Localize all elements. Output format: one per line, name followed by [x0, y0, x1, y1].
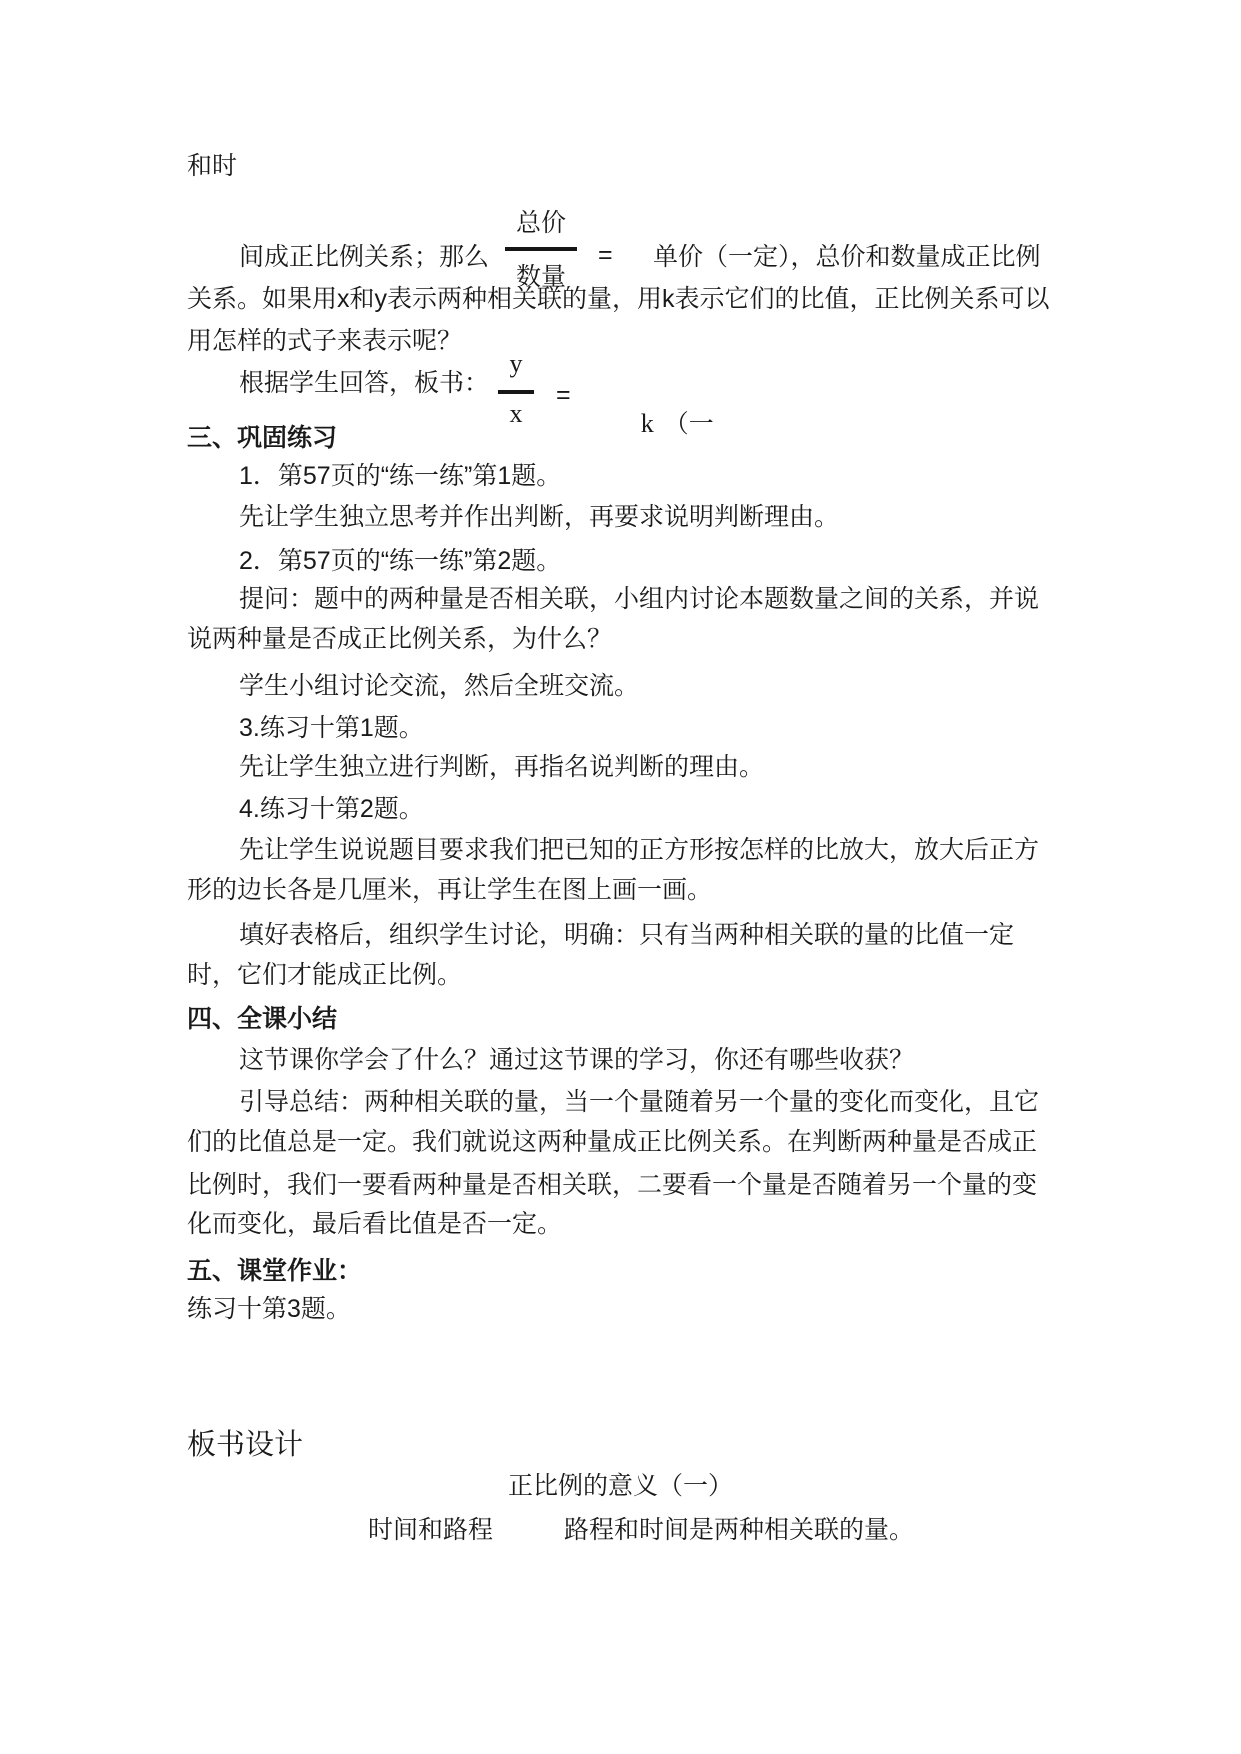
fraction-denominator: x [496, 400, 536, 428]
paragraph-line: 这节课你学会了什么？通过这节课的学习，你还有哪些收获？ [239, 1046, 914, 1074]
paragraph-line: 用怎样的式子来表示呢？ [187, 327, 462, 355]
paragraph-line: 2．第57页的“练一练”第2题。 [239, 547, 561, 575]
board-design-title: 板书设计 [187, 1429, 303, 1461]
paragraph-line: 4.练习十第2题。 [239, 795, 424, 823]
paragraph-line: 关系。如果用x和y表示两种相关联的量，用k表示它们的比值，正比例关系可以 [187, 285, 1050, 313]
fraction-numerator: y [496, 350, 536, 378]
paragraph-line: 形的边长各是几厘米，再让学生在图上画一画。 [187, 876, 712, 904]
formula-ratio-prefix: 根据学生回答，板书： [239, 369, 489, 397]
paragraph-line: 先让学生独立进行判断，再指名说判断的理由。 [239, 753, 764, 781]
formula-price-prefix: 间成正比例关系；那么 [239, 243, 489, 271]
open-paren: （一 [664, 410, 714, 438]
board-item-left: 时间和路程 [368, 1516, 493, 1544]
fraction-y-x: y x [496, 350, 536, 428]
paragraph-line: 比例时，我们一要看两种量是否相关联，二要看一个量是否随着另一个量的变 [187, 1171, 1037, 1199]
equals-sign: = [598, 241, 613, 269]
paragraph-line: 和时 [187, 152, 237, 180]
paragraph-line: 们的比值总是一定。我们就说这两种量成正比例关系。在判断两种量是否成正 [187, 1128, 1037, 1156]
paragraph-line: 填好表格后，组织学生讨论，明确：只有当两种相关联的量的比值一定 [239, 921, 1014, 949]
section-heading: 三、巩固练习 [187, 424, 337, 452]
paragraph-line: 学生小组讨论交流，然后全班交流。 [239, 672, 639, 700]
section-heading: 四、全课小结 [187, 1005, 337, 1033]
formula-price-result: 单价（一定），总价和数量成正比例 [653, 243, 1041, 271]
fraction-bar [505, 247, 577, 251]
fraction-bar [498, 390, 534, 394]
paragraph-line: 先让学生说说题目要求我们把已知的正方形按怎样的比放大，放大后正方 [239, 836, 1039, 864]
fraction-price-quantity: 总价 数量 [505, 209, 577, 291]
board-item-right: 路程和时间是两种相关联的量。 [564, 1516, 914, 1544]
section-heading: 五、课堂作业： [187, 1257, 362, 1285]
lesson-title: 正比例的意义（一） [0, 1472, 1241, 1500]
paragraph-line: 时，它们才能成正比例。 [187, 961, 462, 989]
paragraph-line: 引导总结：两种相关联的量，当一个量随着另一个量的变化而变化，且它 [239, 1088, 1039, 1116]
equals-sign: = [556, 381, 571, 409]
paragraph-line: 先让学生独立思考并作出判断，再要求说明判断理由。 [239, 503, 839, 531]
fraction-numerator: 总价 [505, 209, 577, 237]
paragraph-line: 说两种量是否成正比例关系，为什么？ [187, 625, 612, 653]
constant-k: k [641, 409, 654, 438]
paragraph-line: 化而变化，最后看比值是否一定。 [187, 1210, 562, 1238]
formula-ratio-result: k（一 [613, 382, 714, 466]
paragraph-line: 1．第57页的“练一练”第1题。 [239, 462, 561, 490]
paragraph-line: 3.练习十第1题。 [239, 714, 424, 742]
document-page: 和时 间成正比例关系；那么 总价 数量 = 单价（一定），总价和数量成正比例 关… [0, 0, 1241, 1754]
paragraph-line: 提问：题中的两种量是否相关联，小组内讨论本题数量之间的关系，并说 [239, 585, 1039, 613]
paragraph-line: 练习十第3题。 [187, 1295, 351, 1323]
